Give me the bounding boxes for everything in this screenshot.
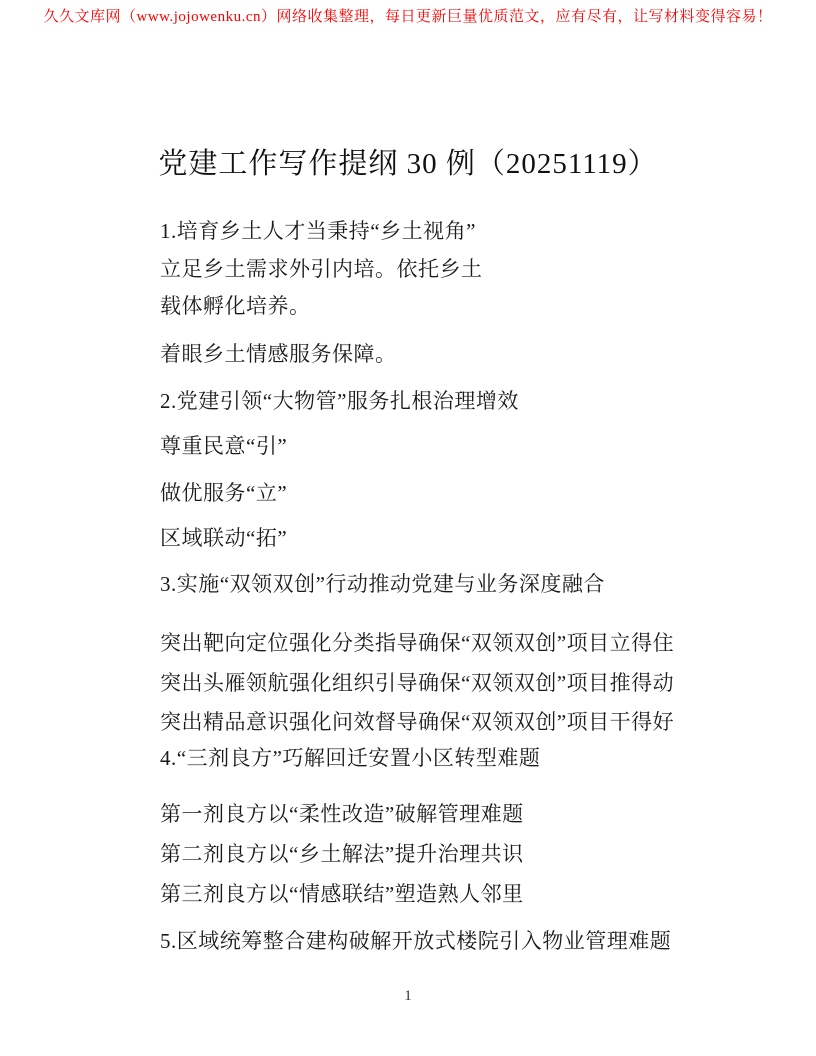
body-line: 第一剂良方以“柔性改造”破解管理难题: [160, 799, 746, 829]
body-line: 3.实施“双领双创”行动推动党建与业务深度融合: [160, 569, 746, 599]
page-number: 1: [0, 986, 816, 1006]
body-line: 2.党建引领“大物管”服务扎根治理增效: [160, 386, 746, 416]
body-line: 5.区域统筹整合建构破解开放式楼院引入物业管理难题: [160, 926, 746, 956]
document-title: 党建工作写作提纲 30 例（20251119）: [0, 143, 816, 185]
body-line: 突出精品意识强化问效督导确保“双领双创”项目干得好: [160, 707, 746, 737]
document-page: 久久文库网（www.jojowenku.cn）网络收集整理，每日更新巨量优质范文…: [0, 0, 816, 1056]
body-line: 立足乡土需求外引内培。依托乡土: [160, 254, 746, 284]
body-line: 突出靶向定位强化分类指导确保“双领双创”项目立得住: [160, 628, 746, 658]
document-body: 1.培育乡土人才当秉持“乡土视角” 立足乡土需求外引内培。依托乡土 载体孵化培养…: [160, 216, 746, 956]
body-line: 区域联动“拓”: [160, 523, 746, 553]
body-line: 第三剂良方以“情感联结”塑造熟人邻里: [160, 879, 746, 909]
body-line: 着眼乡土情感服务保障。: [160, 339, 746, 369]
body-line: 载体孵化培养。: [160, 291, 746, 321]
body-line: 做优服务“立”: [160, 478, 746, 508]
body-line: 第二剂良方以“乡土解法”提升治理共识: [160, 839, 746, 869]
body-line: 1.培育乡土人才当秉持“乡土视角”: [160, 216, 746, 246]
watermark-header: 久久文库网（www.jojowenku.cn）网络收集整理，每日更新巨量优质范文…: [0, 7, 816, 27]
body-line: 突出头雁领航强化组织引导确保“双领双创”项目推得动: [160, 668, 746, 698]
body-line: 尊重民意“引”: [160, 431, 746, 461]
body-line: 4.“三剂良方”巧解回迁安置小区转型难题: [160, 743, 746, 773]
